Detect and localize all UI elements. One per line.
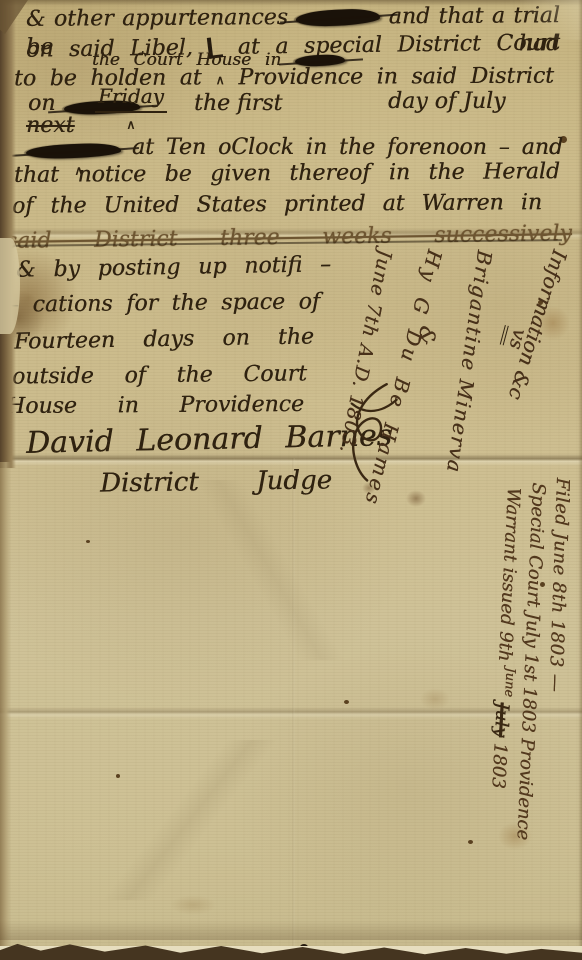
paper-stain (420, 688, 450, 710)
torn-left-edge (0, 0, 16, 468)
paper-wrinkle (90, 480, 450, 660)
ink-speck (344, 700, 349, 704)
bottom-edge-shadow (0, 920, 582, 940)
manuscript-text: day of July (388, 88, 505, 116)
ink-blot (296, 8, 381, 28)
interlined-word: June (501, 667, 518, 697)
manuscript-text: & other appurtenances (26, 5, 288, 32)
torn-edge-flap (0, 238, 20, 334)
manuscript-line: of the United States printed at Warren i… (12, 189, 542, 221)
filing-note-text: Warrant issued 9th (494, 487, 524, 662)
paper-stain (406, 490, 426, 507)
paper-stain (170, 895, 216, 915)
paper-wrinkle (40, 740, 340, 900)
manuscript-line: Fourteen days on the (14, 323, 314, 356)
ink-speck (468, 840, 473, 844)
ink-speck (116, 774, 120, 778)
docket-vessel-name: Brigantine Minerva (442, 249, 497, 475)
manuscript-page: & other appurtenances and that a trial b… (0, 0, 582, 960)
manuscript-line: on Friday ∧ the first day of July (26, 90, 560, 126)
manuscript-line: outside of the Court (12, 360, 307, 391)
manuscript-line: & by posting up notifi – (16, 251, 331, 284)
left-edge-lower (0, 462, 11, 960)
judge-title: District Judge (100, 466, 332, 497)
manuscript-text: the first (194, 90, 282, 118)
struck-word: July (490, 702, 513, 738)
caret-mark: ∧ (215, 73, 225, 88)
filing-note-text: 1803 (487, 742, 510, 789)
docket-information-line: Information &c (504, 247, 572, 403)
manuscript-text: Providence in said District (238, 64, 554, 91)
manuscript-line: – cations for the space of (8, 288, 320, 319)
top-right-corner-light (520, 0, 582, 40)
top-edge (0, 0, 582, 6)
fold-crease-vertical (292, 458, 295, 960)
ink-speck (86, 540, 90, 543)
right-edge (578, 0, 582, 960)
interlined-word: Friday (95, 82, 167, 113)
manuscript-line: House in Providence (6, 391, 304, 421)
filing-note-filed: Filed June 8th 1803 — (545, 477, 573, 692)
manuscript-line: that notice be given thereof in the Hera… (14, 158, 560, 190)
